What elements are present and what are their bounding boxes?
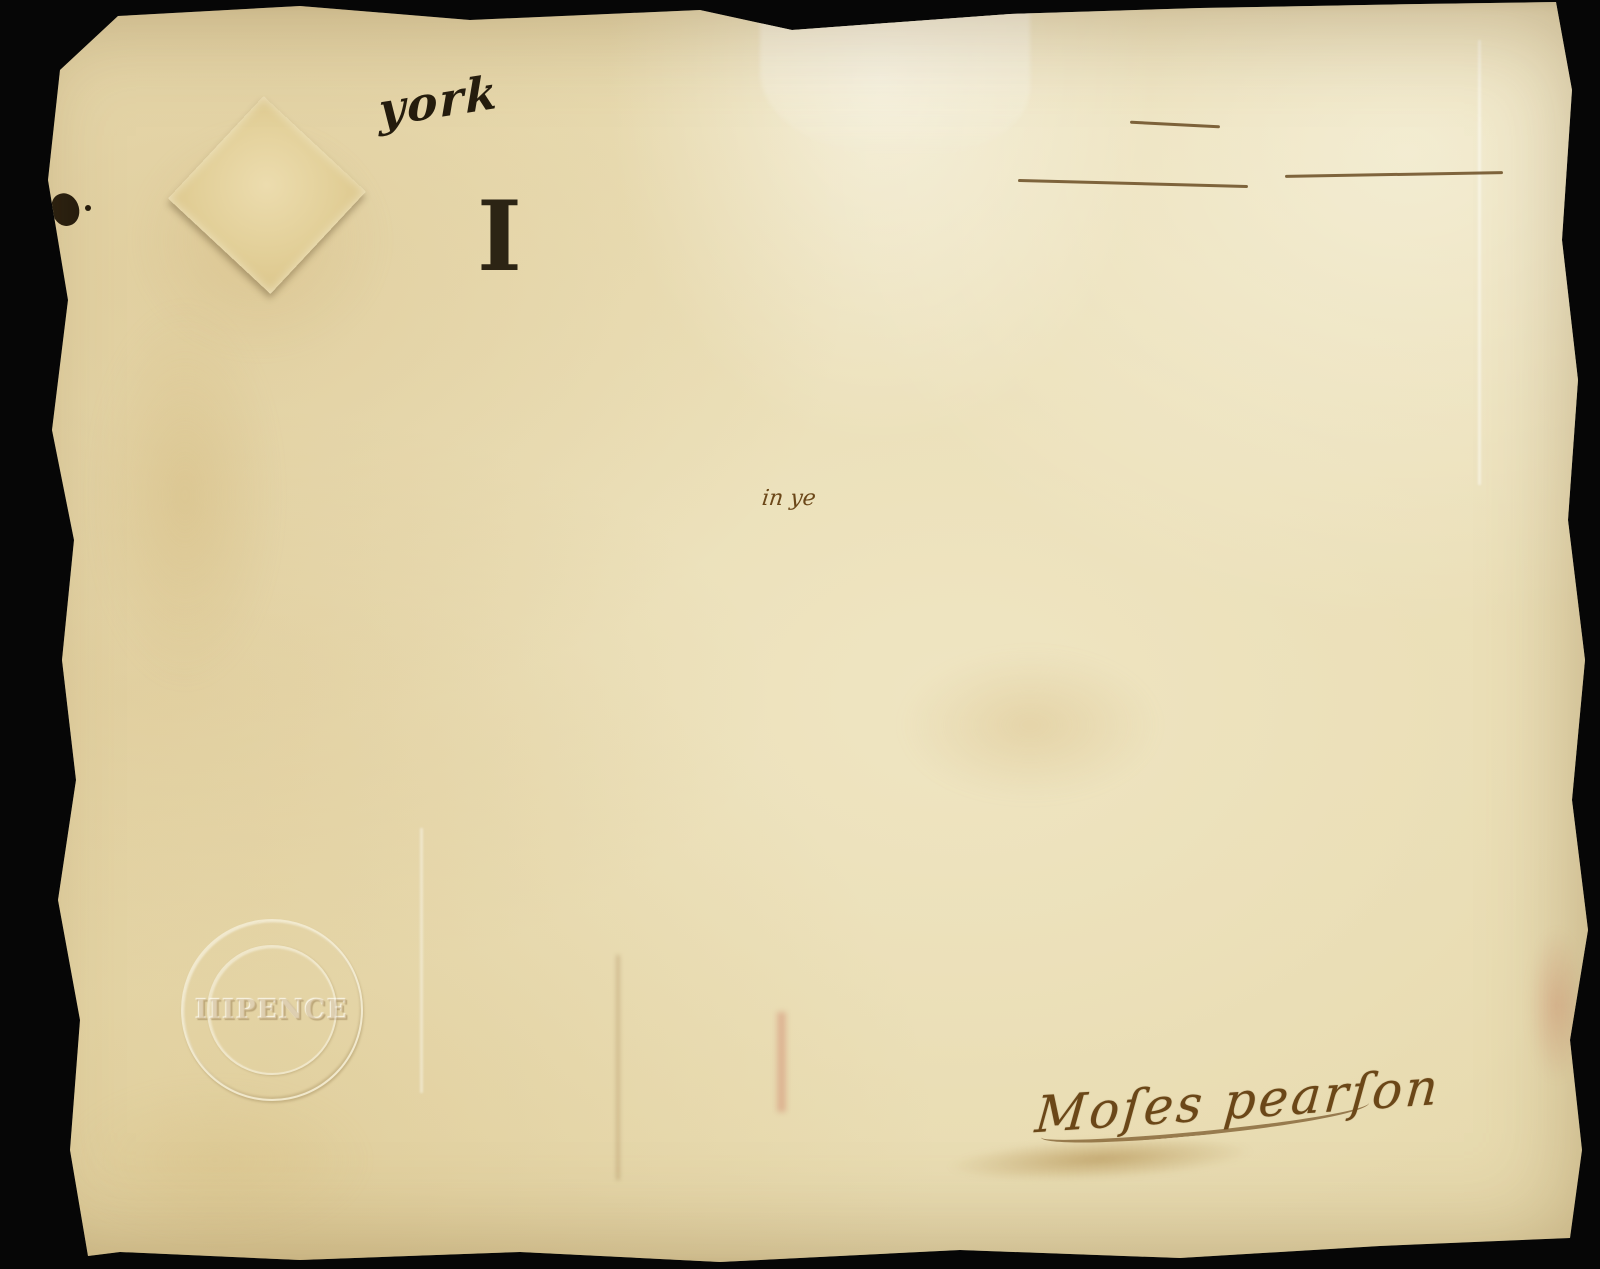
wafer-seal — [168, 96, 366, 294]
scan-background: IIIPENCE york I in ye — [0, 0, 1600, 1269]
fold-crease-1 — [616, 955, 620, 1180]
ink-blot — [48, 190, 82, 229]
drop-cap-initial: I — [477, 196, 522, 278]
stain-left — [90, 300, 280, 690]
stain-bottom-left — [60, 1080, 370, 1240]
pink-crease — [777, 1012, 786, 1112]
stain-center — [900, 650, 1160, 800]
embossed-stamp: IIIPENCE — [177, 915, 367, 1105]
red-stain-right-edge — [1528, 928, 1586, 1083]
margin-county-note: york — [378, 64, 499, 138]
ink-stroke-underline-2 — [1018, 179, 1248, 188]
fold-crease-3 — [420, 828, 423, 1093]
cloth-wrinkle — [760, 0, 1030, 160]
ink-dot — [85, 205, 91, 211]
fold-crease-2 — [1478, 40, 1481, 485]
ink-stroke-underline-3 — [1285, 171, 1503, 178]
stamp-denomination-text: IIIPENCE — [195, 995, 349, 1026]
writ-document-paper: IIIPENCE york I in ye — [0, 0, 1600, 1269]
ink-stroke-underline-1 — [1130, 121, 1220, 129]
in-ye-insertion: in ye — [760, 486, 817, 511]
